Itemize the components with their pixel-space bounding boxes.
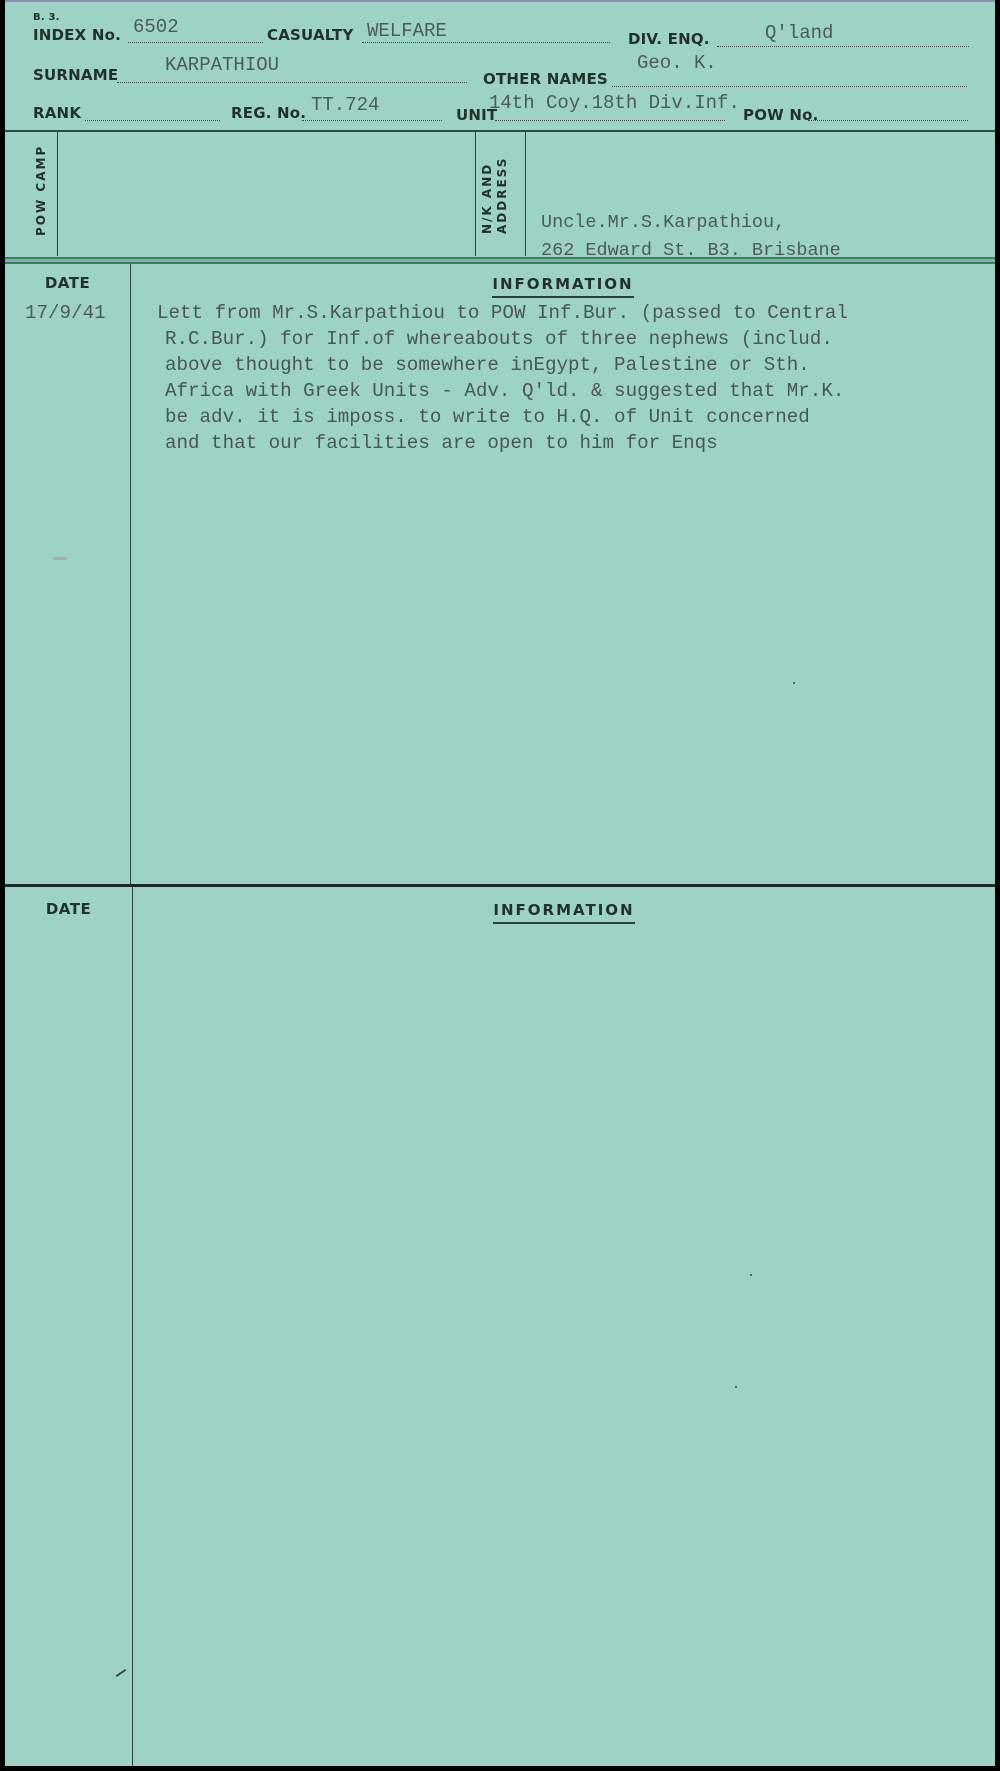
- rank-dots: [85, 120, 220, 121]
- surname-label: SURNAME: [33, 66, 118, 84]
- nok-left-divider: [475, 132, 476, 256]
- index-card-front: B. 3. INDEX No. 6502 CASUALTY WELFARE DI…: [5, 0, 995, 886]
- paper-speck: [750, 1274, 752, 1276]
- index-no-value[interactable]: 6502: [133, 16, 179, 38]
- other-names-dots: [612, 86, 967, 87]
- reverse-top-edge: [5, 884, 995, 887]
- nok-label-line1: N/K AND: [481, 163, 494, 234]
- surname-value[interactable]: KARPATHIOU: [165, 54, 279, 76]
- index-no-label: INDEX No.: [33, 26, 121, 44]
- reg-no-label: REG. No.: [231, 104, 306, 122]
- reverse-info-header: INFORMATION: [493, 901, 634, 924]
- other-names-label: OTHER NAMES: [483, 70, 608, 88]
- info-header: INFORMATION: [492, 275, 633, 298]
- reg-no-dots: [302, 120, 442, 121]
- form-code: B. 3.: [33, 12, 60, 23]
- paper-speck: [735, 1386, 737, 1388]
- casualty-label: CASUALTY: [267, 26, 354, 44]
- double-rule-bottom: [5, 262, 995, 264]
- pow-camp-label: POW CAMP: [35, 145, 48, 236]
- date-header: DATE: [5, 274, 130, 292]
- nok-label-line2: ADDRESS: [496, 157, 509, 234]
- div-enq-dots: [717, 46, 969, 47]
- reverse-info-header-wrap: INFORMATION: [133, 900, 995, 919]
- date-column-divider: [130, 264, 131, 886]
- div-enq-label: DIV. ENQ.: [628, 30, 710, 48]
- entry-date[interactable]: 17/9/41: [25, 302, 106, 324]
- other-names-value[interactable]: Geo. K.: [637, 52, 717, 74]
- unit-value[interactable]: 14th Coy.18th Div.Inf.: [489, 92, 740, 114]
- paper-speck: [793, 682, 795, 684]
- entry-line[interactable]: above thought to be somewhere inEgypt, P…: [165, 354, 810, 376]
- index-card-reverse: DATE INFORMATION: [5, 886, 995, 1766]
- reg-no-value[interactable]: TT.724: [311, 94, 379, 116]
- index-no-dots: [128, 42, 263, 43]
- pow-camp-divider: [57, 132, 58, 256]
- nok-right-divider: [525, 132, 526, 256]
- paper-stain: [53, 557, 67, 560]
- rank-label: RANK: [33, 104, 81, 122]
- nok-address-line1[interactable]: Uncle.Mr.S.Karpathiou,: [541, 212, 785, 233]
- entry-line[interactable]: Lett from Mr.S.Karpathiou to POW Inf.Bur…: [157, 302, 848, 324]
- surname-dots: [117, 82, 467, 83]
- casualty-dots: [362, 42, 610, 43]
- reverse-date-column-divider: [132, 886, 133, 1766]
- entry-line[interactable]: be adv. it is imposs. to write to H.Q. o…: [165, 406, 810, 428]
- header-divider: [5, 130, 995, 132]
- entry-line[interactable]: Africa with Greek Units - Adv. Q'ld. & s…: [165, 380, 844, 402]
- reverse-date-header: DATE: [5, 900, 132, 918]
- unit-dots: [495, 120, 725, 121]
- pen-mark: [116, 1669, 127, 1678]
- entry-line[interactable]: R.C.Bur.) for Inf.of whereabouts of thre…: [165, 328, 833, 350]
- pow-no-label: POW No.: [743, 106, 818, 124]
- info-header-wrap: INFORMATION: [131, 274, 995, 293]
- div-enq-value[interactable]: Q'land: [765, 22, 833, 44]
- entry-line[interactable]: and that our facilities are open to him …: [165, 432, 718, 454]
- pow-no-dots: [808, 120, 968, 121]
- casualty-value[interactable]: WELFARE: [367, 20, 447, 42]
